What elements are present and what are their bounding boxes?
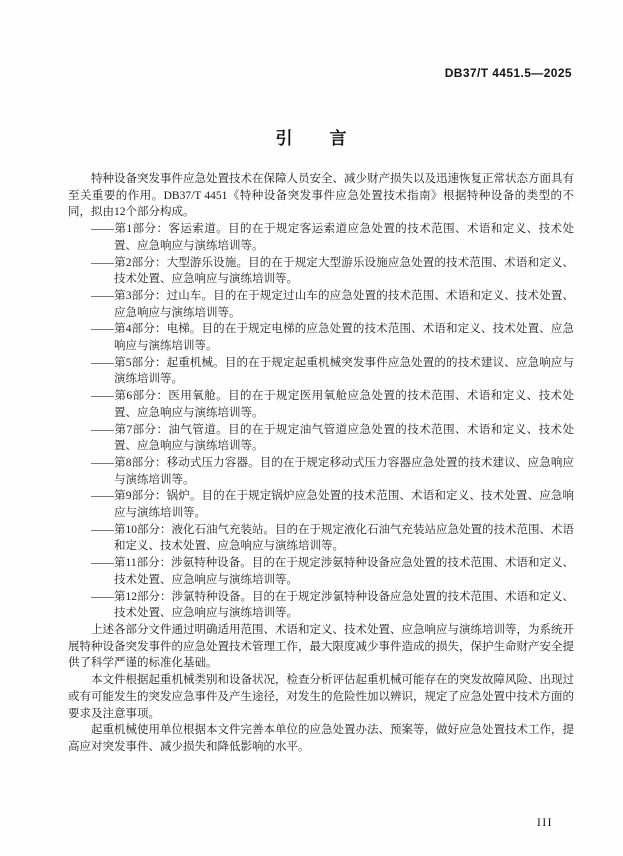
part-list-item: ——第6部分：医用氧舱。目的在于规定医用氧舱应急处置的技术范围、术语和定义、技术… bbox=[114, 388, 574, 421]
intro-summary-paragraph: 上述各部分文件通过明确适用范围、术语和定义、技术处置、应急响应与演练培训等，为系… bbox=[68, 622, 574, 672]
page-number: III bbox=[537, 817, 553, 829]
part-list-item: ——第1部分：客运索道。目的在于规定客运索道应急处置的技术范围、术语和定义、技术… bbox=[114, 221, 574, 254]
part-list-item: ——第12部分：涉氯特种设备。目的在于规定涉氯特种设备应急处置的技术范围、术语和… bbox=[114, 589, 574, 622]
intro-scope-paragraph: 本文件根据起重机械类别和设备状况，检查分析评估起重机械可能存在的突发故障风险、出… bbox=[68, 672, 574, 722]
intro-closing-paragraph: 起重机械使用单位根据本文件完善本单位的应急处置办法、预案等，做好应急处置技术工作… bbox=[68, 722, 574, 755]
document-page: DB37/T 4451.5—2025 引 言 特种设备突发事件应急处置技术在保障… bbox=[0, 0, 623, 856]
part-list-item: ——第4部分：电梯。目的在于规定电梯的应急处置的技术范围、术语和定义、技术处置、… bbox=[114, 321, 574, 354]
part-list-item: ——第8部分：移动式压力容器。目的在于规定移动式压力容器应急处置的技术建议、应急… bbox=[114, 455, 574, 488]
standard-number: DB37/T 4451.5—2025 bbox=[445, 66, 572, 80]
part-list-item: ——第9部分：锅炉。目的在于规定锅炉应急处置的技术范围、术语和定义、技术处置、应… bbox=[114, 488, 574, 521]
part-list-item: ——第11部分：涉氨特种设备。目的在于规定涉氨特种设备应急处置的技术范围、术语和… bbox=[114, 555, 574, 588]
part-list-item: ——第5部分：起重机械。目的在于规定起重机械突发事件应急处置的的技术建议、应急响… bbox=[114, 355, 574, 388]
document-body: 特种设备突发事件应急处置技术在保障人员安全、减少财产损失以及迅速恢复正常状态方面… bbox=[68, 171, 574, 756]
parts-list: ——第1部分：客运索道。目的在于规定客运索道应急处置的技术范围、术语和定义、技术… bbox=[68, 221, 574, 622]
part-list-item: ——第10部分：液化石油气充装站。目的在于规定液化石油气充装站应急处置的技术范围… bbox=[114, 522, 574, 555]
part-list-item: ——第2部分：大型游乐设施。目的在于规定大型游乐设施应急处置的技术范围、术语和定… bbox=[114, 255, 574, 288]
page-title: 引 言 bbox=[0, 124, 623, 149]
part-list-item: ——第7部分：油气管道。目的在于规定油气管道应急处置的技术范围、术语和定义、技术… bbox=[114, 422, 574, 455]
part-list-item: ——第3部分：过山车。目的在于规定过山车的应急处置的技术范围、术语和定义、技术处… bbox=[114, 288, 574, 321]
intro-opening-paragraph: 特种设备突发事件应急处置技术在保障人员安全、减少财产损失以及迅速恢复正常状态方面… bbox=[68, 171, 574, 221]
